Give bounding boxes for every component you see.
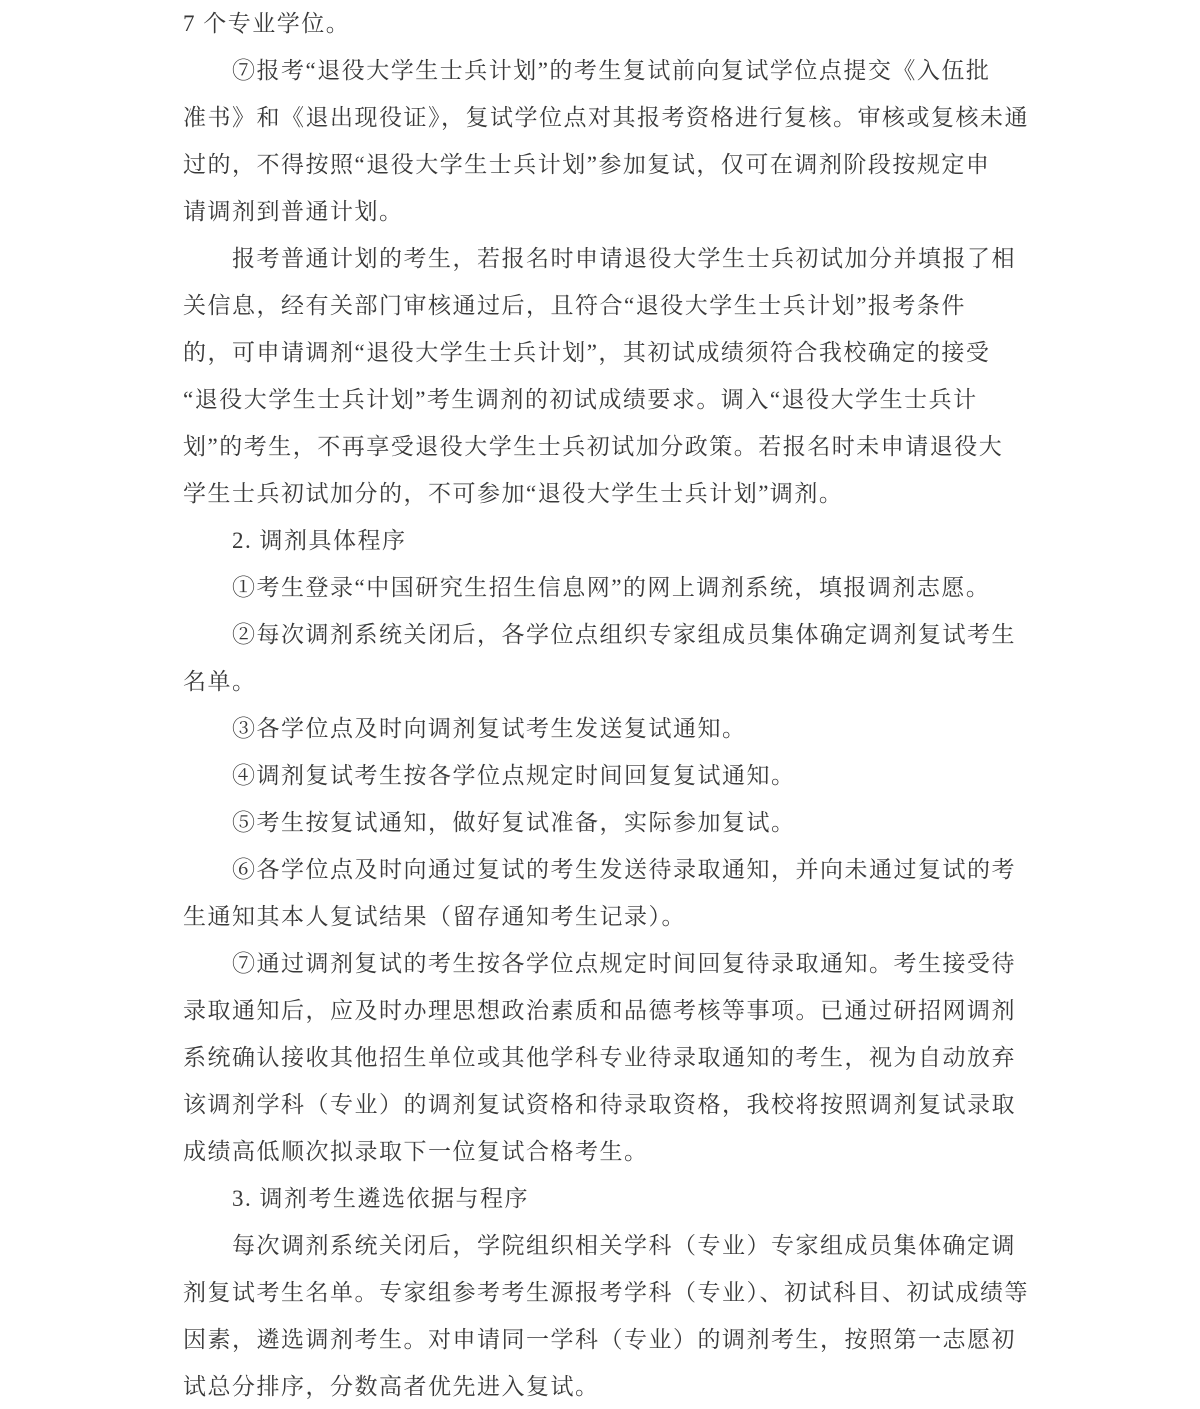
text-line: 剂复试考生名单。专家组参考考生源报考学科（专业）、初试科目、初试成绩等: [183, 1269, 1017, 1316]
text-line: 每次调剂系统关闭后，学院组织相关学科（专业）专家组成员集体确定调: [183, 1222, 1017, 1269]
text-line: 该调剂学科（专业）的调剂复试资格和待录取资格，我校将按照调剂复试录取: [183, 1081, 1017, 1128]
text-line: 准书》和《退出现役证》，复试学位点对其报考资格进行复核。审核或复核未通: [183, 94, 1017, 141]
text-line: “退役大学生士兵计划”考生调剂的初试成绩要求。调入“退役大学生士兵计: [183, 376, 1017, 423]
text-line: 过的，不得按照“退役大学生士兵计划”参加复试，仅可在调剂阶段按规定申: [183, 141, 1017, 188]
text-line: ⑦通过调剂复试的考生按各学位点规定时间回复待录取通知。考生接受待: [183, 940, 1017, 987]
text-line: ①考生登录“中国研究生招生信息网”的网上调剂系统，填报调剂志愿。: [183, 564, 1017, 611]
text-line: 学生士兵初试加分的，不可参加“退役大学生士兵计划”调剂。: [183, 470, 1017, 517]
text-line: 生通知其本人复试结果（留存通知考生记录）。: [183, 893, 1017, 940]
text-line: ⑥各学位点及时向通过复试的考生发送待录取通知，并向未通过复试的考: [183, 846, 1017, 893]
paragraph: ⑦通过调剂复试的考生按各学位点规定时间回复待录取通知。考生接受待录取通知后，应及…: [183, 940, 1017, 1175]
text-line: ⑦报考“退役大学生士兵计划”的考生复试前向复试学位点提交《入伍批: [183, 47, 1017, 94]
paragraph: ⑥各学位点及时向通过复试的考生发送待录取通知，并向未通过复试的考生通知其本人复试…: [183, 846, 1017, 940]
section-heading: 2. 调剂具体程序: [183, 517, 1017, 564]
text-line: 系统确认接收其他招生单位或其他学科专业待录取通知的考生，视为自动放弃: [183, 1034, 1017, 1081]
text-line: ④调剂复试考生按各学位点规定时间回复复试通知。: [183, 752, 1017, 799]
paragraph: ②每次调剂系统关闭后，各学位点组织专家组成员集体确定调剂复试考生名单。: [183, 611, 1017, 705]
text-line: 7 个专业学位。: [183, 0, 1017, 47]
text-line: 划”的考生，不再享受退役大学生士兵初试加分政策。若报名时未申请退役大: [183, 423, 1017, 470]
paragraph: 7 个专业学位。: [183, 0, 1017, 47]
text-line: 请调剂到普通计划。: [183, 188, 1017, 235]
text-line: 因素，遴选调剂考生。对申请同一学科（专业）的调剂考生，按照第一志愿初: [183, 1316, 1017, 1363]
paragraph: ⑤考生按复试通知，做好复试准备，实际参加复试。: [183, 799, 1017, 846]
text-line: 2. 调剂具体程序: [183, 517, 1017, 564]
paragraph: ④调剂复试考生按各学位点规定时间回复复试通知。: [183, 752, 1017, 799]
paragraph: ⑦报考“退役大学生士兵计划”的考生复试前向复试学位点提交《入伍批准书》和《退出现…: [183, 47, 1017, 235]
text-line: 关信息，经有关部门审核通过后，且符合“退役大学生士兵计划”报考条件: [183, 282, 1017, 329]
text-line: ②每次调剂系统关闭后，各学位点组织专家组成员集体确定调剂复试考生: [183, 611, 1017, 658]
paragraph: 报考普通计划的考生，若报名时申请退役大学生士兵初试加分并填报了相关信息，经有关部…: [183, 235, 1017, 517]
text-line: 试总分排序，分数高者优先进入复试。: [183, 1363, 1017, 1409]
paragraph: 每次调剂系统关闭后，学院组织相关学科（专业）专家组成员集体确定调剂复试考生名单。…: [183, 1222, 1017, 1409]
section-heading: 3. 调剂考生遴选依据与程序: [183, 1175, 1017, 1222]
document-page: 7 个专业学位。⑦报考“退役大学生士兵计划”的考生复试前向复试学位点提交《入伍批…: [183, 0, 1017, 1409]
text-line: 的，可申请调剂“退役大学生士兵计划”，其初试成绩须符合我校确定的接受: [183, 329, 1017, 376]
text-line: ⑤考生按复试通知，做好复试准备，实际参加复试。: [183, 799, 1017, 846]
text-line: 名单。: [183, 658, 1017, 705]
paragraph: ③各学位点及时向调剂复试考生发送复试通知。: [183, 705, 1017, 752]
text-line: 报考普通计划的考生，若报名时申请退役大学生士兵初试加分并填报了相: [183, 235, 1017, 282]
text-line: ③各学位点及时向调剂复试考生发送复试通知。: [183, 705, 1017, 752]
text-line: 3. 调剂考生遴选依据与程序: [183, 1175, 1017, 1222]
paragraph: ①考生登录“中国研究生招生信息网”的网上调剂系统，填报调剂志愿。: [183, 564, 1017, 611]
text-line: 录取通知后，应及时办理思想政治素质和品德考核等事项。已通过研招网调剂: [183, 987, 1017, 1034]
text-line: 成绩高低顺次拟录取下一位复试合格考生。: [183, 1128, 1017, 1175]
